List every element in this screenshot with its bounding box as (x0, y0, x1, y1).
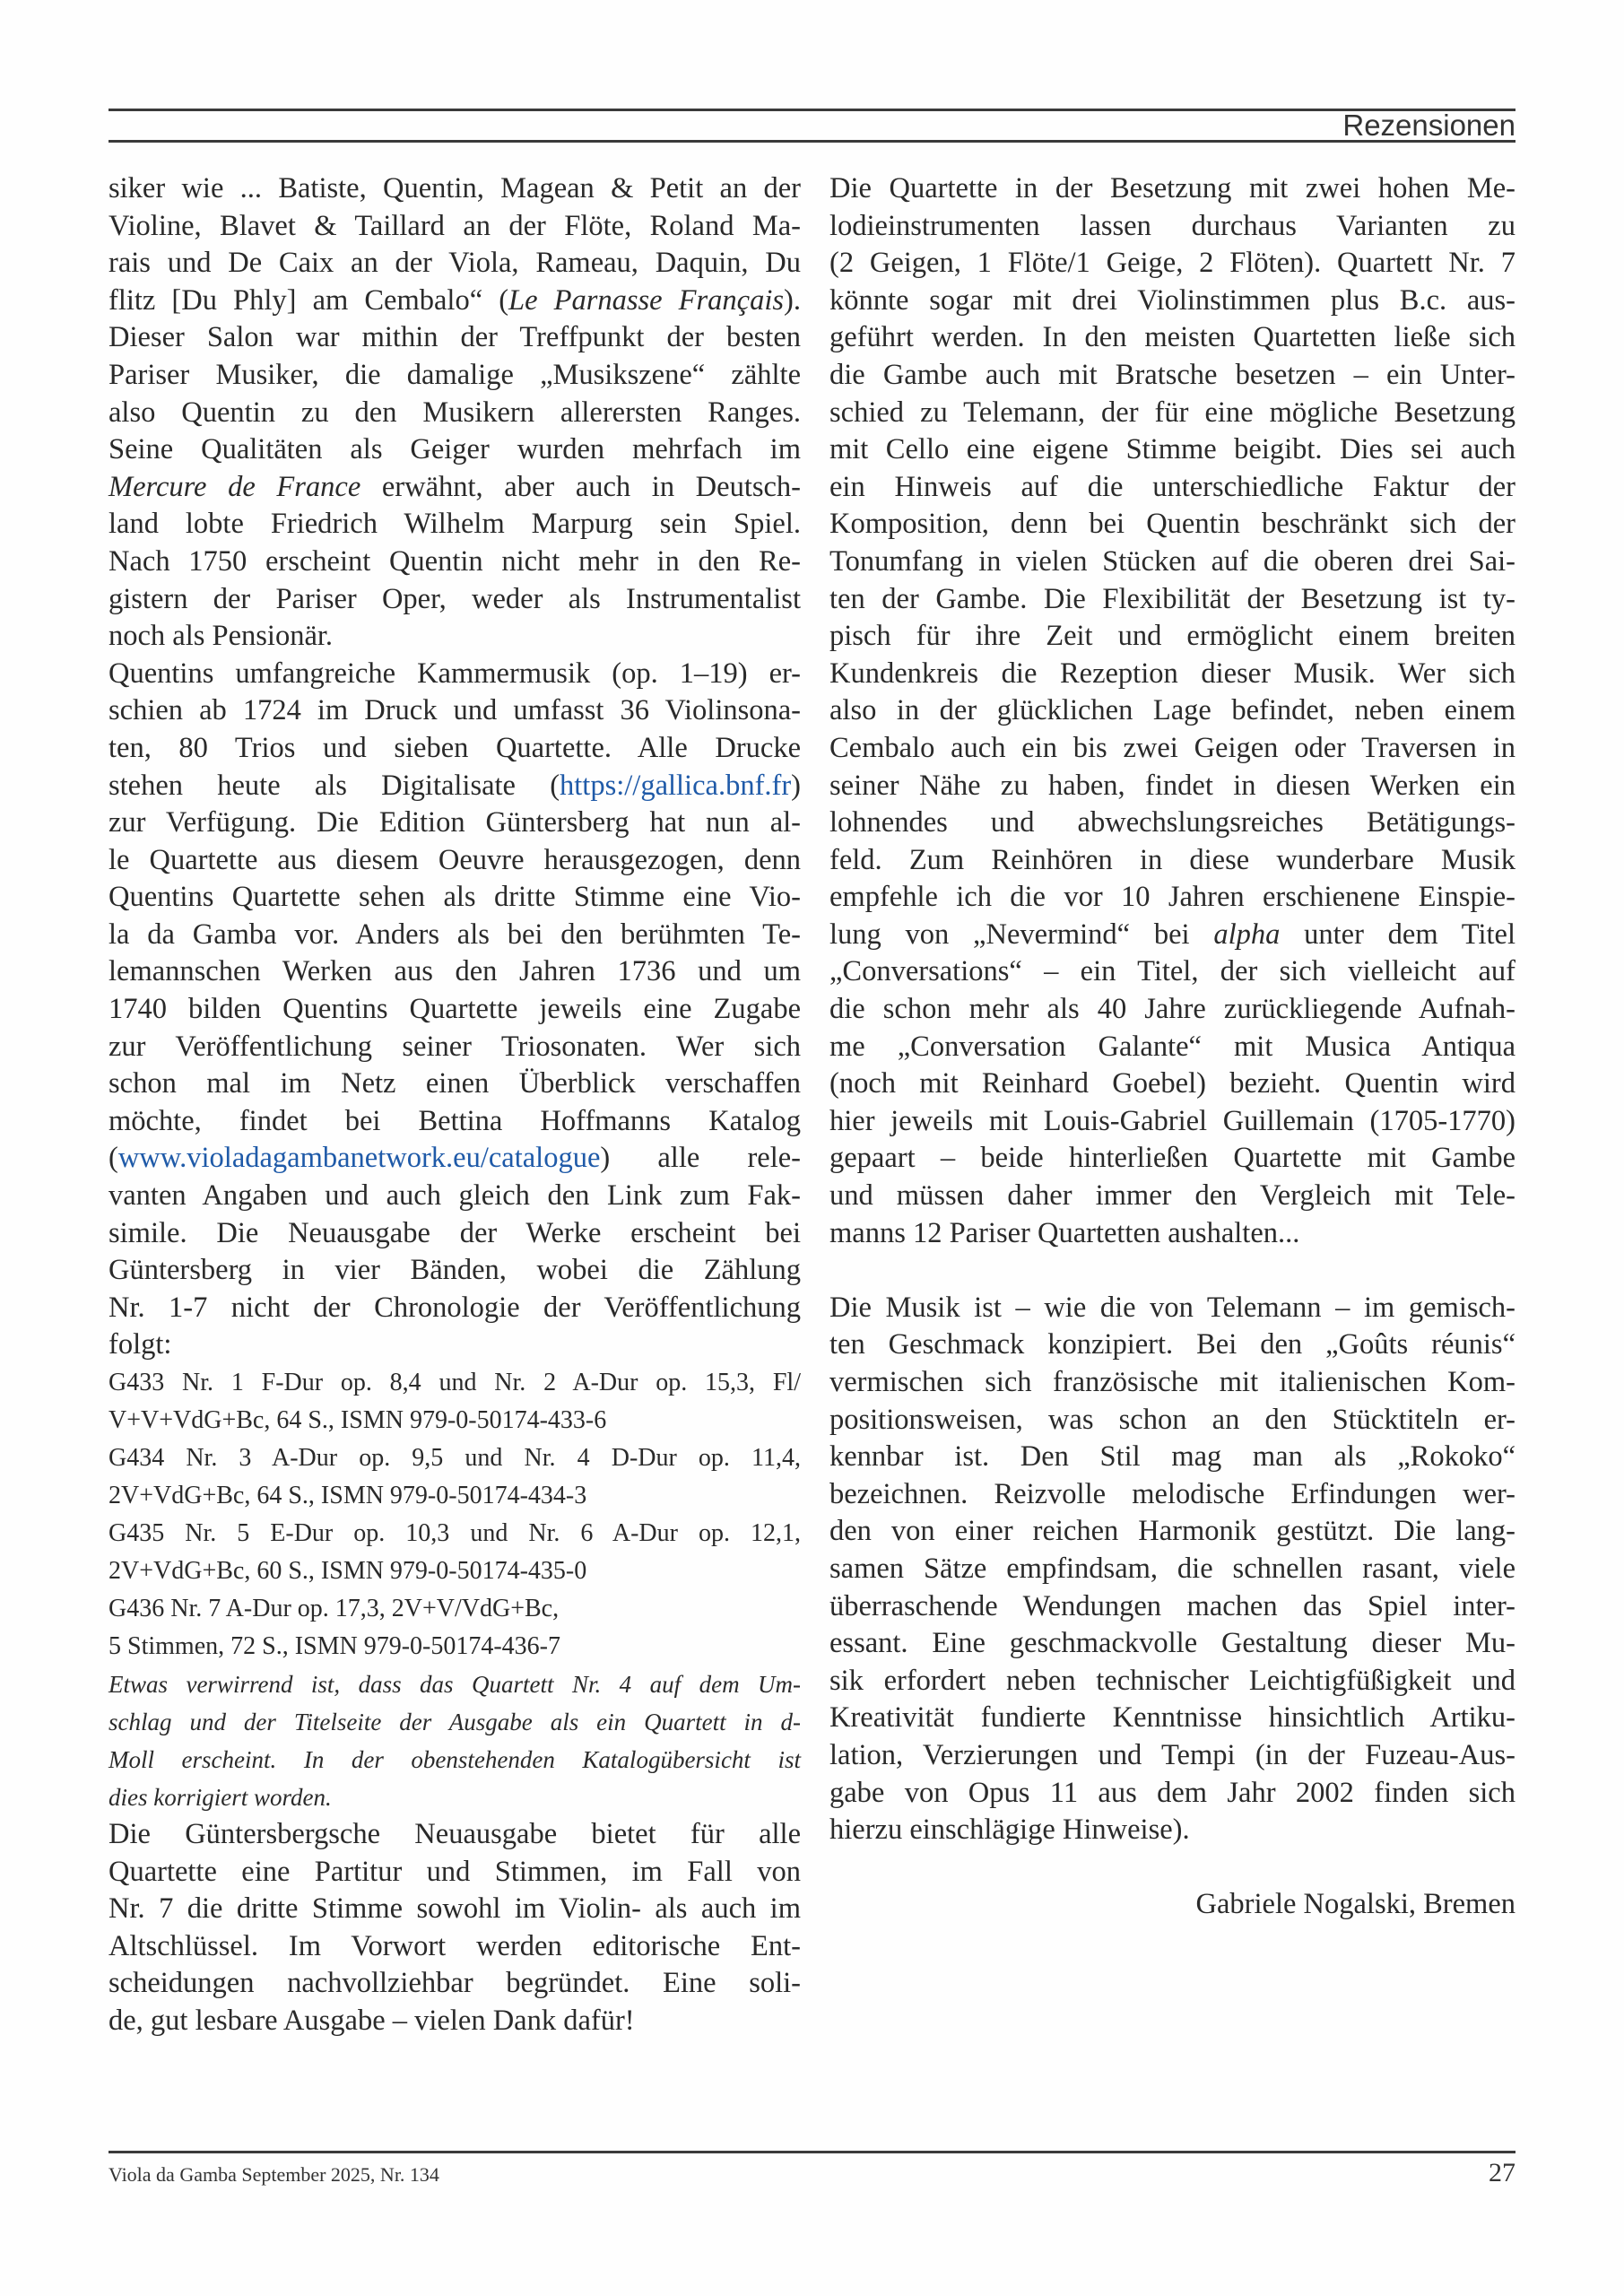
text-segment: vermischen sich französische mit italien… (829, 1366, 1515, 1398)
text-line: seiner Nähe zu haben, findet in diesen W… (829, 768, 1515, 805)
footer-rule (109, 2151, 1515, 2153)
text-line: Tonumfang in vielen Stücken auf die ober… (829, 544, 1515, 581)
text-line: vermischen sich französische mit italien… (829, 1364, 1515, 1402)
text-segment: feld. Zum Reinhören in diese wunderbare … (829, 844, 1515, 876)
text-segment: positionsweisen, was schon an den Stückt… (829, 1404, 1515, 1436)
text-segment: hierzu einschlägige Hinweise). (829, 1813, 1190, 1846)
text-line: hierzu einschlägige Hinweise). (829, 1812, 1515, 1849)
text-line: Komposition, denn bei Quentin beschränkt… (829, 506, 1515, 544)
text-line: gistern der Pariser Oper, weder als Inst… (109, 581, 801, 619)
page-number: 27 (1489, 2158, 1515, 2188)
text-segment: hier jeweils mit Louis-Gabriel Guillemai… (829, 1105, 1515, 1137)
text-segment: gistern der Pariser Oper, weder als Inst… (109, 583, 801, 615)
text-segment: flitz [Du Phly] am Cembalo“ ( (109, 284, 508, 317)
text-line: (www.violadagambanetwork.eu/catalogue) a… (109, 1140, 801, 1178)
text-segment: Quentins Quartette sehen als dritte Stim… (109, 881, 801, 913)
text-line: und müssen daher immer den Vergleich mit… (829, 1178, 1515, 1215)
text-line: die Gambe auch mit Bratsche besetzen – e… (829, 357, 1515, 395)
text-segment: die Gambe auch mit Bratsche besetzen – e… (829, 359, 1515, 391)
text-line: Quentins umfangreiche Kammermusik (op. 1… (109, 656, 801, 693)
text-segment: simile. Die Neuausgabe der Werke erschei… (109, 1217, 801, 1249)
closing-paragraph: Die Güntersbergsche Neuausgabe bietet fü… (109, 1816, 801, 2040)
style-paragraph: Die Musik ist – wie die von Telemann – i… (829, 1290, 1515, 1849)
text-line: manns 12 Pariser Quartetten aushalten... (829, 1215, 1515, 1253)
text-segment: lohnendes und abwechslungsreiches Betäti… (829, 806, 1515, 839)
text-segment: bezeichnen. Reizvolle melodische Erfindu… (829, 1478, 1515, 1510)
text-segment: kennbar ist. Den Stil mag man als „Rokok… (829, 1440, 1515, 1473)
web-link[interactable]: www.violadagambanetwork.eu/catalogue (118, 1142, 601, 1174)
catalog-entry-line: G433 Nr. 1 F-Dur op. 8,4 und Nr. 2 A-Dur… (109, 1364, 801, 1402)
text-line: gabe von Opus 11 aus dem Jahr 2002 finde… (829, 1775, 1515, 1813)
text-line: sik erfordert neben technischer Leichtig… (829, 1663, 1515, 1700)
text-line: Die Güntersbergsche Neuausgabe bietet fü… (109, 1816, 801, 1854)
text-segment: rais und De Caix an der Viola, Rameau, D… (109, 247, 801, 279)
text-segment: ten der Gambe. Die Flexibilität der Bese… (829, 583, 1515, 615)
text-segment: Kundenkreis die Rezeption dieser Musik. … (829, 657, 1515, 690)
italic-title: Le Parnasse Français (508, 284, 784, 317)
text-line: Die Musik ist – wie die von Telemann – i… (829, 1290, 1515, 1327)
text-line: (noch mit Reinhard Goebel) bezieht. Quen… (829, 1065, 1515, 1103)
text-line: de, gut lesbare Ausgabe – vielen Dank da… (109, 2003, 801, 2040)
text-segment: zur Verfügung. Die Edition Güntersberg h… (109, 806, 801, 839)
text-segment: land lobte Friedrich Wilhelm Marpurg sei… (109, 508, 801, 540)
text-line: lung von „Nevermind“ bei alpha unter dem… (829, 917, 1515, 954)
text-line: positionsweisen, was schon an den Stückt… (829, 1402, 1515, 1439)
text-line: Nach 1750 erscheint Quentin nicht mehr i… (109, 544, 801, 581)
text-segment: lodieinstrumenten lassen durchaus Varian… (829, 210, 1515, 242)
text-line: me „Conversation Galante“ mit Musica Ant… (829, 1029, 1515, 1066)
text-segment: me „Conversation Galante“ mit Musica Ant… (829, 1031, 1515, 1063)
text-segment: Nach 1750 erscheint Quentin nicht mehr i… (109, 545, 801, 578)
text-segment: Tonumfang in vielen Stücken auf die ober… (829, 545, 1515, 578)
text-line: Cembalo auch ein bis zwei Geigen oder Tr… (829, 730, 1515, 768)
text-line: simile. Die Neuausgabe der Werke erschei… (109, 1215, 801, 1253)
text-segment: ten Geschmack konzipiert. Bei den „Goûts… (829, 1328, 1515, 1361)
text-segment: 1740 bilden Quentins Quartette jeweils e… (109, 993, 801, 1025)
text-line: Kundenkreis die Rezeption dieser Musik. … (829, 656, 1515, 693)
catalog-entry-line: G434 Nr. 3 A-Dur op. 9,5 und Nr. 4 D-Dur… (109, 1439, 801, 1477)
text-segment: (noch mit Reinhard Goebel) bezieht. Quen… (829, 1067, 1515, 1100)
text-line: land lobte Friedrich Wilhelm Marpurg sei… (109, 506, 801, 544)
text-line: lation, Verzierungen und Tempi (in der F… (829, 1737, 1515, 1775)
text-line: pisch für ihre Zeit und ermöglicht einem… (829, 618, 1515, 656)
text-segment: ein Hinweis auf die unterschiedliche Fak… (829, 471, 1515, 503)
text-segment: seiner Nähe zu haben, findet in diesen W… (829, 770, 1515, 802)
text-segment: Dieser Salon war mithin der Treffpunkt d… (109, 321, 801, 353)
text-line: kennbar ist. Den Stil mag man als „Rokok… (829, 1439, 1515, 1476)
text-line: also in der glücklichen Lage befindet, n… (829, 692, 1515, 730)
text-segment: ) (791, 770, 801, 802)
text-segment: also in der glücklichen Lage befindet, n… (829, 694, 1515, 726)
text-segment: essant. Eine geschmackvolle Gestaltung d… (829, 1627, 1515, 1659)
text-segment: Seine Qualitäten als Geiger wurden mehrf… (109, 433, 801, 465)
text-line: bezeichnen. Reizvolle melodische Erfindu… (829, 1476, 1515, 1514)
note-line: dies korrigiert worden. (109, 1779, 801, 1816)
text-segment: le Quartette aus diesem Oeuvre herausgez… (109, 844, 801, 876)
text-segment: ) alle rele- (600, 1142, 801, 1174)
text-segment: siker wie ... Batiste, Quentin, Magean &… (109, 172, 801, 204)
text-segment: „Conversations“ – ein Titel, der sich vi… (829, 955, 1515, 987)
text-segment: Güntersberg in vier Bänden, wobei die Zä… (109, 1254, 801, 1286)
text-line: Güntersberg in vier Bänden, wobei die Zä… (109, 1252, 801, 1290)
text-segment: ( (109, 1142, 118, 1174)
catalog-entry-line: G436 Nr. 7 A-Dur op. 17,3, 2V+V/VdG+Bc, (109, 1590, 801, 1628)
text-line: le Quartette aus diesem Oeuvre herausgez… (109, 842, 801, 880)
text-segment: Die Quartette in der Besetzung mit zwei … (829, 172, 1515, 204)
text-segment: und müssen daher immer den Vergleich mit… (829, 1179, 1515, 1212)
text-segment: also Quentin zu den Musikern allerersten… (109, 396, 801, 429)
catalog-entry-line: V+V+VdG+Bc, 64 S., ISMN 979-0-50174-433-… (109, 1402, 801, 1439)
catalog-entry-line: 2V+VdG+Bc, 60 S., ISMN 979-0-50174-435-0 (109, 1552, 801, 1590)
text-segment: Komposition, denn bei Quentin beschränkt… (829, 508, 1515, 540)
note-line: schlag und der Titelseite der Ausgabe al… (109, 1703, 801, 1741)
note-line: Etwas verwirrend ist, dass das Quartett … (109, 1665, 801, 1703)
text-line: ten, 80 Trios und sieben Quartette. Alle… (109, 730, 801, 768)
text-line: Nr. 7 die dritte Stimme sowohl im Violin… (109, 1891, 801, 1928)
text-segment: lemannschen Werken aus den Jahren 1736 u… (109, 955, 801, 987)
text-line: ein Hinweis auf die unterschiedliche Fak… (829, 469, 1515, 507)
text-segment: (2 Geigen, 1 Flöte/1 Geige, 2 Flöten). Q… (829, 247, 1515, 279)
text-segment: Kreativität fundierte Kenntnisse hinsich… (829, 1701, 1515, 1734)
text-line: geführt werden. In den meisten Quartette… (829, 319, 1515, 357)
text-segment: Violine, Blavet & Taillard an der Flöte,… (109, 210, 801, 242)
instrumentation-paragraph: Die Quartette in der Besetzung mit zwei … (829, 170, 1515, 1252)
text-segment: die schon mehr als 40 Jahre zurückliegen… (829, 993, 1515, 1025)
text-line: schon mal im Netz einen Überblick versch… (109, 1065, 801, 1103)
text-segment: erwähnt, aber auch in Deutsch- (360, 471, 801, 503)
text-segment: ten, 80 Trios und sieben Quartette. Alle… (109, 732, 801, 764)
text-segment: schon mal im Netz einen Überblick versch… (109, 1067, 801, 1100)
text-line: stehen heute als Digitalisate (https://g… (109, 768, 801, 805)
text-segment: lung von „Nevermind“ bei (829, 918, 1213, 951)
text-line: essant. Eine geschmackvolle Gestaltung d… (829, 1625, 1515, 1663)
catalog-entry-line: 2V+VdG+Bc, 64 S., ISMN 979-0-50174-434-3 (109, 1477, 801, 1515)
text-line: (2 Geigen, 1 Flöte/1 Geige, 2 Flöten). Q… (829, 245, 1515, 283)
text-segment: ). (784, 284, 801, 317)
text-segment: den von einer reichen Harmonik gestützt.… (829, 1515, 1515, 1547)
text-segment: mit Cello eine eigene Stimme beigibt. Di… (829, 433, 1515, 465)
text-segment: zur Veröffentlichung seiner Triosonaten.… (109, 1031, 801, 1063)
text-line: Dieser Salon war mithin der Treffpunkt d… (109, 319, 801, 357)
text-segment: vanten Angaben und auch gleich den Link … (109, 1179, 801, 1212)
note-line: Moll erscheint. In der obenstehenden Kat… (109, 1741, 801, 1779)
text-line: die schon mehr als 40 Jahre zurückliegen… (829, 991, 1515, 1029)
paragraph-gap (829, 1849, 1515, 1887)
author-signature: Gabriele Nogalski, Bremen (829, 1886, 1515, 1924)
text-line: „Conversations“ – ein Titel, der sich vi… (829, 953, 1515, 991)
text-line: ten Geschmack konzipiert. Bei den „Goûts… (829, 1326, 1515, 1364)
text-segment: Nr. 1-7 nicht der Chronologie der Veröff… (109, 1291, 801, 1324)
text-segment: überraschende Wendungen machen das Spiel… (829, 1590, 1515, 1622)
text-line: vanten Angaben und auch gleich den Link … (109, 1178, 801, 1215)
text-segment: la da Gamba vor. Anders als bei den berü… (109, 918, 801, 951)
text-line: rais und De Caix an der Viola, Rameau, D… (109, 245, 801, 283)
text-line: Kreativität fundierte Kenntnisse hinsich… (829, 1700, 1515, 1737)
text-segment: unter dem Titel (1280, 918, 1515, 951)
text-line: folgt: (109, 1326, 801, 1364)
text-line: Nr. 1-7 nicht der Chronologie der Veröff… (109, 1290, 801, 1327)
editorial-note: Etwas verwirrend ist, dass das Quartett … (109, 1665, 801, 1816)
text-segment: gabe von Opus 11 aus dem Jahr 2002 finde… (829, 1777, 1515, 1809)
text-segment: Cembalo auch ein bis zwei Geigen oder Tr… (829, 732, 1515, 764)
text-line: lemannschen Werken aus den Jahren 1736 u… (109, 953, 801, 991)
text-line: den von einer reichen Harmonik gestützt.… (829, 1513, 1515, 1551)
catalog-entry-line: 5 Stimmen, 72 S., ISMN 979-0-50174-436-7 (109, 1628, 801, 1665)
text-segment: stehen heute als Digitalisate ( (109, 770, 560, 802)
text-line: Altschlüssel. Im Vorwort werden editoris… (109, 1928, 801, 1966)
section-title: Rezensionen (1342, 108, 1515, 143)
text-segment: samen Sätze empfindsam, die schnellen ra… (829, 1552, 1515, 1585)
text-segment: folgt: (109, 1328, 171, 1361)
text-line: gepaart – beide hinterließen Quartette m… (829, 1140, 1515, 1178)
text-line: mit Cello eine eigene Stimme beigibt. Di… (829, 431, 1515, 469)
text-line: hier jeweils mit Louis-Gabriel Guillemai… (829, 1103, 1515, 1141)
text-line: also Quentin zu den Musikern allerersten… (109, 395, 801, 432)
left-column: siker wie ... Batiste, Quentin, Magean &… (109, 170, 801, 2040)
magazine-page: Rezensionen siker wie ... Batiste, Quent… (0, 0, 1624, 2296)
text-segment: manns 12 Pariser Quartetten aushalten... (829, 1217, 1299, 1249)
text-line: zur Verfügung. Die Edition Güntersberg h… (109, 804, 801, 842)
text-line: Die Quartette in der Besetzung mit zwei … (829, 170, 1515, 208)
text-segment: lation, Verzierungen und Tempi (in der F… (829, 1739, 1515, 1771)
paragraph-gap (829, 1252, 1515, 1290)
text-segment: schien ab 1724 im Druck und umfasst 36 V… (109, 694, 801, 726)
text-line: Pariser Musiker, die damalige „Musikszen… (109, 357, 801, 395)
text-line: überraschende Wendungen machen das Spiel… (829, 1588, 1515, 1626)
text-line: Violine, Blavet & Taillard an der Flöte,… (109, 208, 801, 246)
left-intro-paragraphs: siker wie ... Batiste, Quentin, Magean &… (109, 170, 801, 1364)
text-line: schien ab 1724 im Druck und umfasst 36 V… (109, 692, 801, 730)
text-segment: sik erfordert neben technischer Leichtig… (829, 1665, 1515, 1697)
italic-title: Mercure de France (109, 471, 360, 503)
text-line: lodieinstrumenten lassen durchaus Varian… (829, 208, 1515, 246)
text-line: könnte sogar mit drei Violinstimmen plus… (829, 283, 1515, 320)
text-line: 1740 bilden Quentins Quartette jeweils e… (109, 991, 801, 1029)
text-line: siker wie ... Batiste, Quentin, Magean &… (109, 170, 801, 208)
text-line: noch als Pensionär. (109, 618, 801, 656)
text-line: möchte, findet bei Bettina Hoffmanns Kat… (109, 1103, 801, 1141)
text-line: zur Veröffentlichung seiner Triosonaten.… (109, 1029, 801, 1066)
text-line: Quartette eine Partitur und Stimmen, im … (109, 1854, 801, 1892)
text-segment: Die Musik ist – wie die von Telemann – i… (829, 1291, 1515, 1324)
catalog-list: G433 Nr. 1 F-Dur op. 8,4 und Nr. 2 A-Dur… (109, 1364, 801, 1665)
text-segment: möchte, findet bei Bettina Hoffmanns Kat… (109, 1105, 801, 1137)
text-segment: geführt werden. In den meisten Quartette… (829, 321, 1515, 353)
text-line: la da Gamba vor. Anders als bei den berü… (109, 917, 801, 954)
text-line: ten der Gambe. Die Flexibilität der Bese… (829, 581, 1515, 619)
text-segment: könnte sogar mit drei Violinstimmen plus… (829, 284, 1515, 317)
text-segment: pisch für ihre Zeit und ermöglicht einem… (829, 620, 1515, 652)
text-line: flitz [Du Phly] am Cembalo“ (Le Parnasse… (109, 283, 801, 320)
text-line: feld. Zum Reinhören in diese wunderbare … (829, 842, 1515, 880)
italic-title: alpha (1213, 918, 1280, 951)
header-top-rule (109, 109, 1515, 111)
text-segment: empfehle ich die vor 10 Jahren erschiene… (829, 881, 1515, 913)
text-segment: noch als Pensionär. (109, 620, 333, 652)
text-line: scheidungen nachvollziehbar begründet. E… (109, 1965, 801, 2003)
catalog-entry-line: G435 Nr. 5 E-Dur op. 10,3 und Nr. 6 A-Du… (109, 1515, 801, 1552)
text-segment: Pariser Musiker, die damalige „Musikszen… (109, 359, 801, 391)
text-line: empfehle ich die vor 10 Jahren erschiene… (829, 879, 1515, 917)
text-segment: schied zu Telemann, der für eine möglich… (829, 396, 1515, 429)
header-bottom-rule (109, 140, 1515, 143)
text-line: Quentins Quartette sehen als dritte Stim… (109, 879, 801, 917)
text-line: samen Sätze empfindsam, die schnellen ra… (829, 1551, 1515, 1588)
text-line: Mercure de France erwähnt, aber auch in … (109, 469, 801, 507)
web-link[interactable]: https://gallica.bnf.fr (560, 770, 791, 802)
text-segment: Quentins umfangreiche Kammermusik (op. 1… (109, 657, 801, 690)
text-segment: gepaart – beide hinterließen Quartette m… (829, 1142, 1515, 1174)
right-column: Die Quartette in der Besetzung mit zwei … (829, 170, 1515, 1924)
text-line: lohnendes und abwechslungsreiches Betäti… (829, 804, 1515, 842)
text-line: Seine Qualitäten als Geiger wurden mehrf… (109, 431, 801, 469)
text-line: schied zu Telemann, der für eine möglich… (829, 395, 1515, 432)
publication-info: Viola da Gamba September 2025, Nr. 134 (109, 2163, 439, 2187)
